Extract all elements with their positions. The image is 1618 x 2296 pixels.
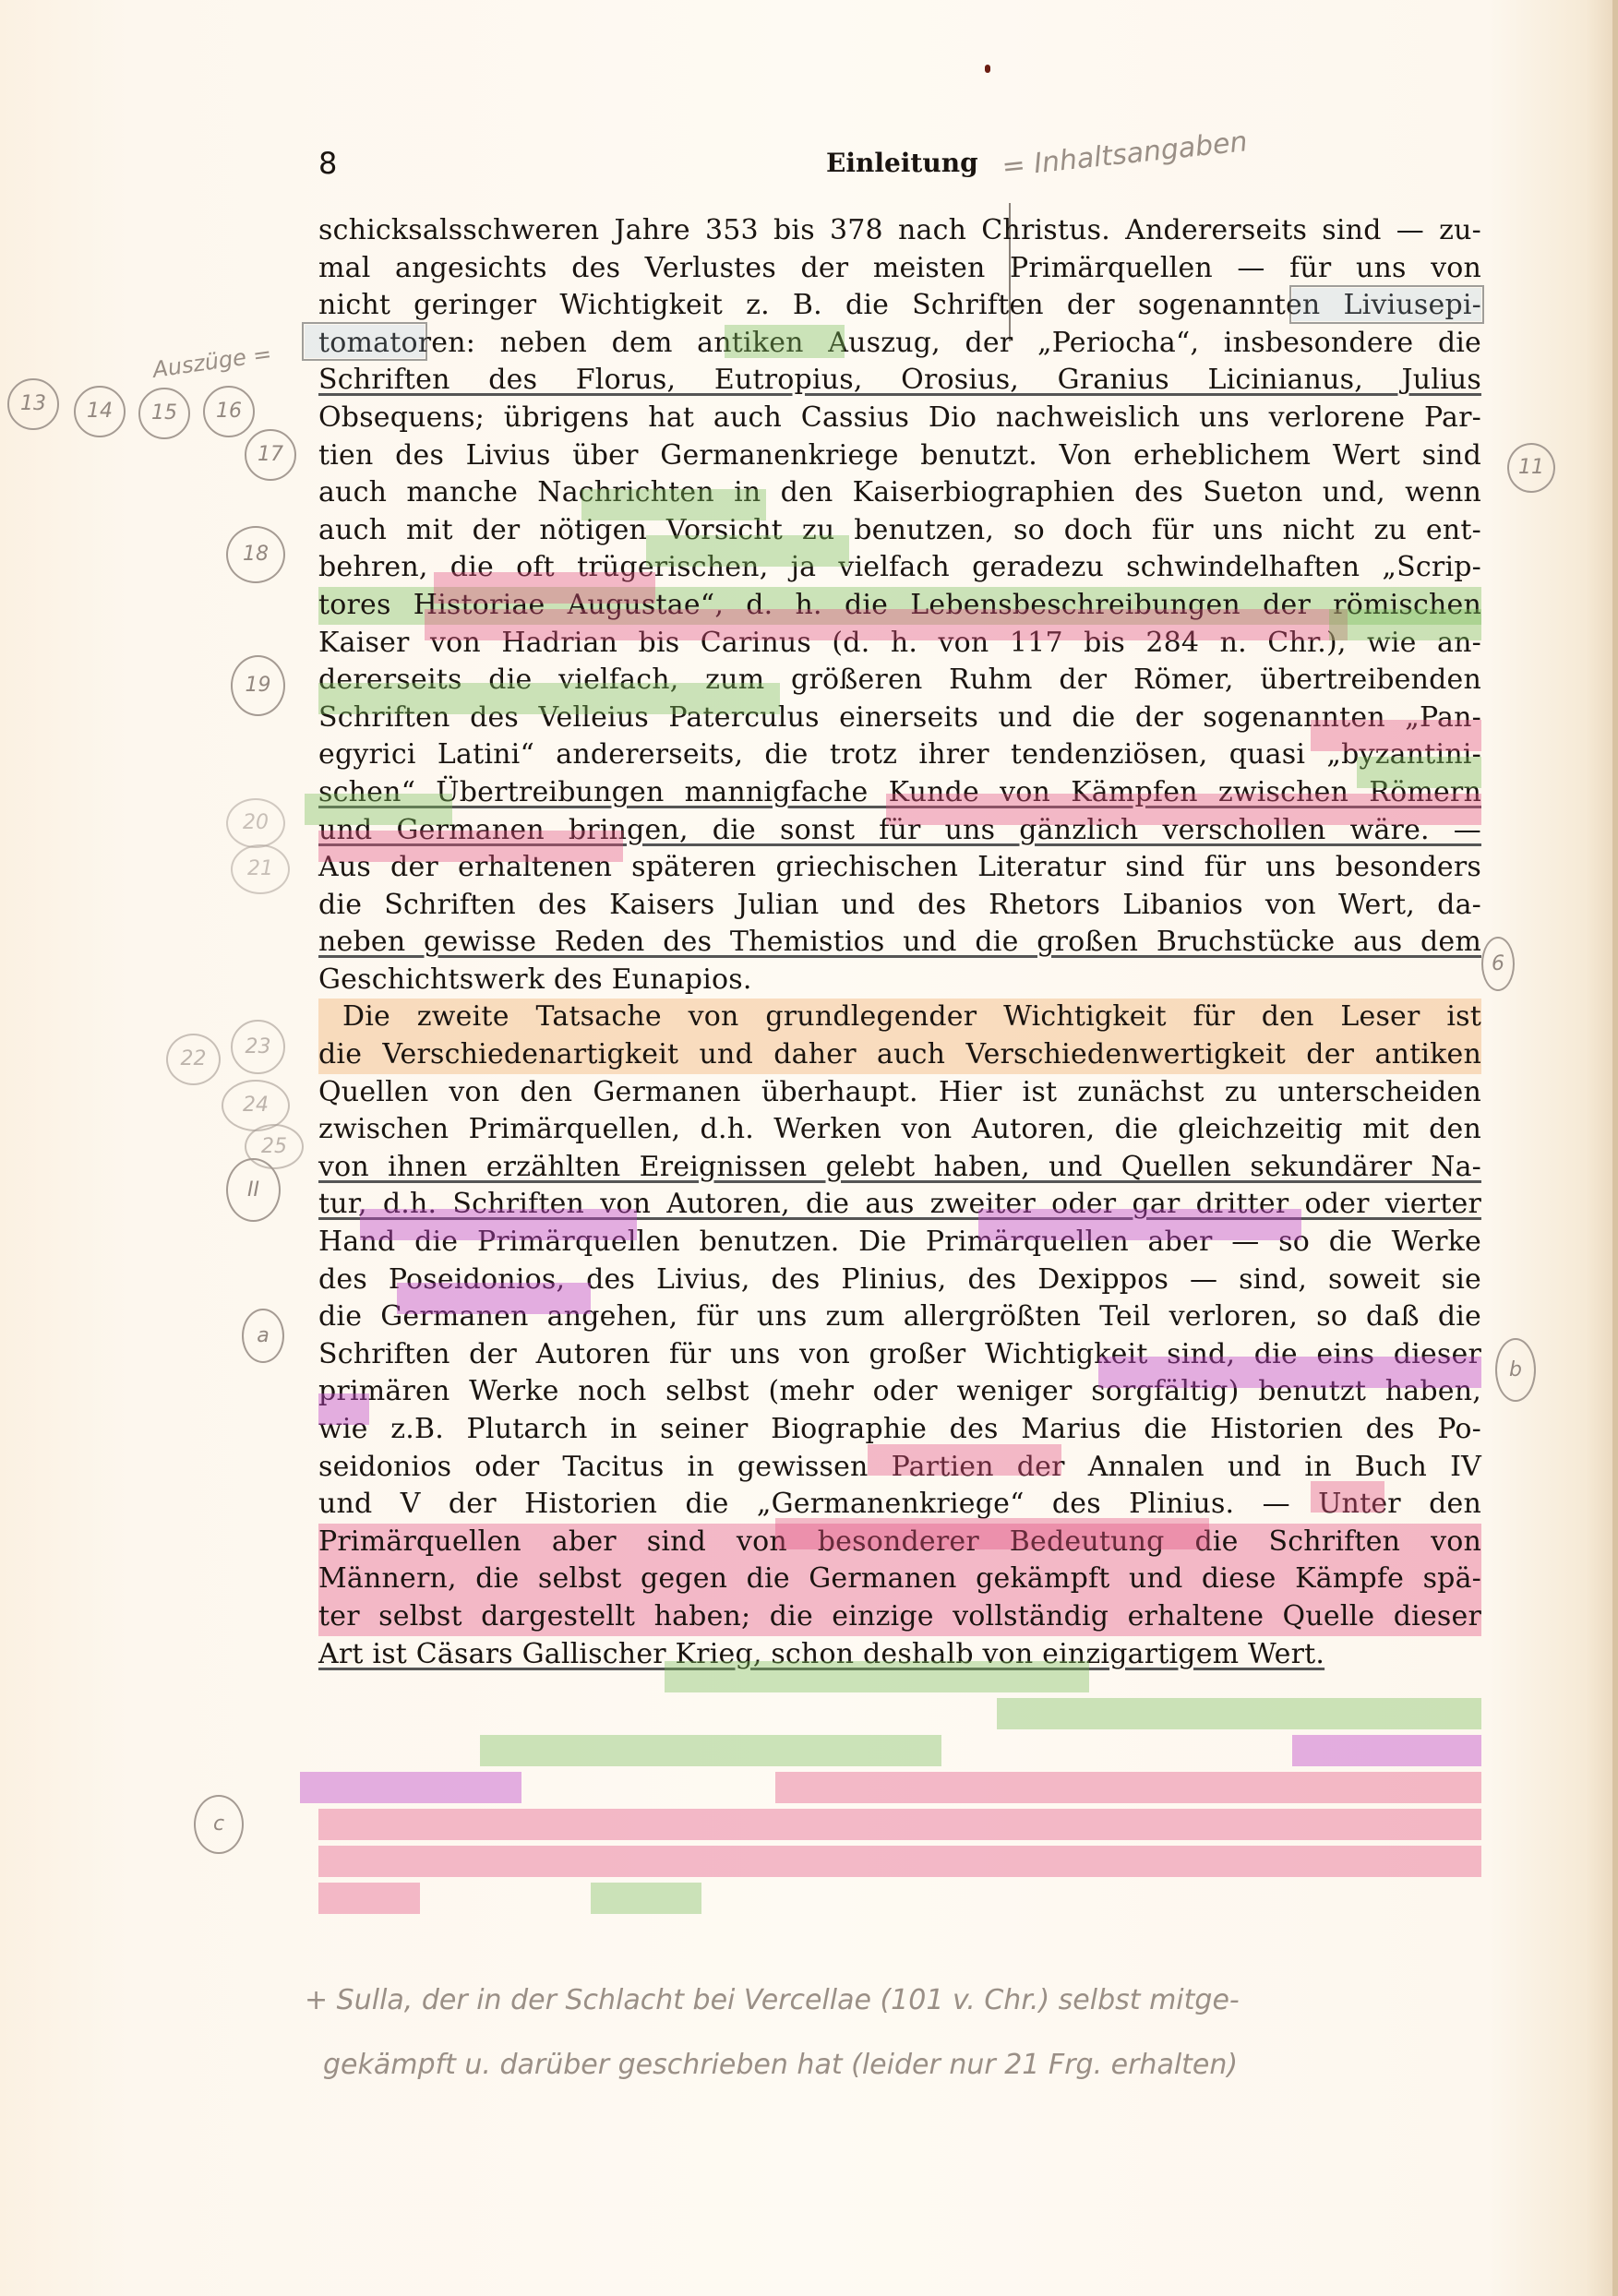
page-edge	[1612, 0, 1618, 2296]
margin-circle-b: b	[1495, 1338, 1536, 1402]
highlight-pink	[318, 1846, 1481, 1877]
highlight-pink	[1311, 1481, 1384, 1513]
margin-circle-22: 22	[166, 1034, 221, 1085]
text-line: Quellen von den Germanen überhaupt. Hier…	[318, 1074, 1481, 1112]
highlight-green	[305, 794, 452, 825]
highlight-violet	[978, 1209, 1301, 1240]
highlight-green	[997, 1698, 1481, 1729]
margin-circle-20: 20	[226, 798, 285, 848]
margin-circle-14: 14	[74, 386, 126, 437]
highlight-green	[1329, 609, 1481, 640]
margin-circle-c: c	[194, 1795, 244, 1854]
margin-circle-18: 18	[226, 526, 285, 583]
text-line: neben gewisse Reden des Themistios und d…	[318, 924, 1481, 962]
left-pencil-note: Auszüge =	[151, 341, 273, 383]
highlight-green	[318, 683, 780, 714]
highlight-violet	[1098, 1357, 1481, 1388]
highlight-pink	[318, 1883, 420, 1914]
highlight-green	[725, 325, 845, 358]
scanned-page: 8 Einleitung = Inhaltsangaben Auszüge = …	[0, 0, 1618, 2296]
highlight-violet	[397, 1283, 591, 1314]
text-line: Männern, die selbst gegen die Germanen g…	[318, 1561, 1481, 1598]
highlight-green	[1357, 757, 1481, 788]
highlight-green	[581, 489, 766, 520]
text-line: wie z.B. Plutarch in seiner Biographie d…	[318, 1411, 1481, 1449]
margin-circle-16: 16	[203, 386, 255, 437]
text-line: Schriften des Florus, Eutropius, Orosius…	[318, 362, 1481, 400]
highlight-blue-box	[305, 325, 425, 358]
highlight-green	[665, 1661, 1089, 1692]
highlight-pink	[775, 1518, 1209, 1549]
highlight-blue-box	[1292, 288, 1481, 321]
text-line: auch manche Nachrichten in den Kaiserbio…	[318, 474, 1481, 512]
text-line: Obsequens; übrigens hat auch Cassius Dio…	[318, 400, 1481, 437]
highlight-pink	[775, 1772, 1481, 1803]
ink-speck	[985, 65, 990, 73]
footer-pencil-note-2: gekämpft u. darüber geschrieben hat (lei…	[323, 2049, 1238, 2081]
margin-circle-a: a	[242, 1309, 284, 1363]
margin-circle-23: 23	[231, 1020, 285, 1074]
text-line: von ihnen erzählten Ereignissen gelebt h…	[318, 1149, 1481, 1187]
margin-circle-11: 11	[1507, 443, 1555, 493]
margin-circle-19: 19	[231, 655, 285, 716]
text-line: auch mit der nötigen Vorsicht zu benutze…	[318, 512, 1481, 550]
highlight-pink	[434, 572, 655, 604]
highlight-violet	[360, 1209, 637, 1240]
highlight-pink	[886, 794, 1481, 825]
text-line: tomatoren: neben dem antiken Auszug, der…	[318, 325, 1481, 363]
text-line: tien des Livius über Germanenkriege benu…	[318, 437, 1481, 475]
margin-circle-6: 6	[1481, 937, 1515, 991]
margin-circle-21: 21	[231, 844, 290, 894]
text-line: die Schriften des Kaisers Julian und des…	[318, 887, 1481, 925]
text-line: ter selbst dargestellt haben; die einzig…	[318, 1598, 1481, 1636]
text-line: Die zweite Tatsache von grundlegender Wi…	[318, 999, 1481, 1036]
text-line: egyrici Latini“ andererseits, die trotz …	[318, 736, 1481, 774]
highlight-green	[646, 535, 849, 567]
page-number: 8	[318, 146, 337, 181]
margin-circle-II: II	[226, 1158, 281, 1222]
highlight-violet	[318, 1393, 369, 1425]
highlight-pink	[868, 1444, 1061, 1476]
top-pencil-note: = Inhaltsangaben	[1001, 126, 1249, 184]
highlight-green	[480, 1735, 941, 1766]
footer-pencil-note-1: + Sulla, der in der Schlacht bei Vercell…	[305, 1984, 1240, 2016]
text-line: zwischen Primärquellen, d.h. Werken von …	[318, 1111, 1481, 1149]
highlight-pink	[318, 831, 623, 862]
highlight-pink	[318, 1809, 1481, 1840]
text-line: mal angesichts des Verlustes der meisten…	[318, 250, 1481, 288]
running-head: Einleitung	[826, 148, 978, 178]
highlight-violet	[1292, 1735, 1481, 1766]
margin-circle-13: 13	[7, 378, 59, 430]
highlight-pink	[425, 609, 1348, 640]
text-line: die Verschiedenartigkeit und daher auch …	[318, 1036, 1481, 1074]
highlight-violet	[300, 1772, 521, 1803]
text-line: schicksalsschweren Jahre 353 bis 378 nac…	[318, 212, 1481, 250]
margin-circle-15: 15	[138, 388, 190, 439]
highlight-pink	[1311, 720, 1481, 751]
highlight-green	[591, 1883, 701, 1914]
margin-circle-17: 17	[245, 429, 296, 481]
text-line: Geschichtswerk des Eunapios.	[318, 962, 1481, 999]
